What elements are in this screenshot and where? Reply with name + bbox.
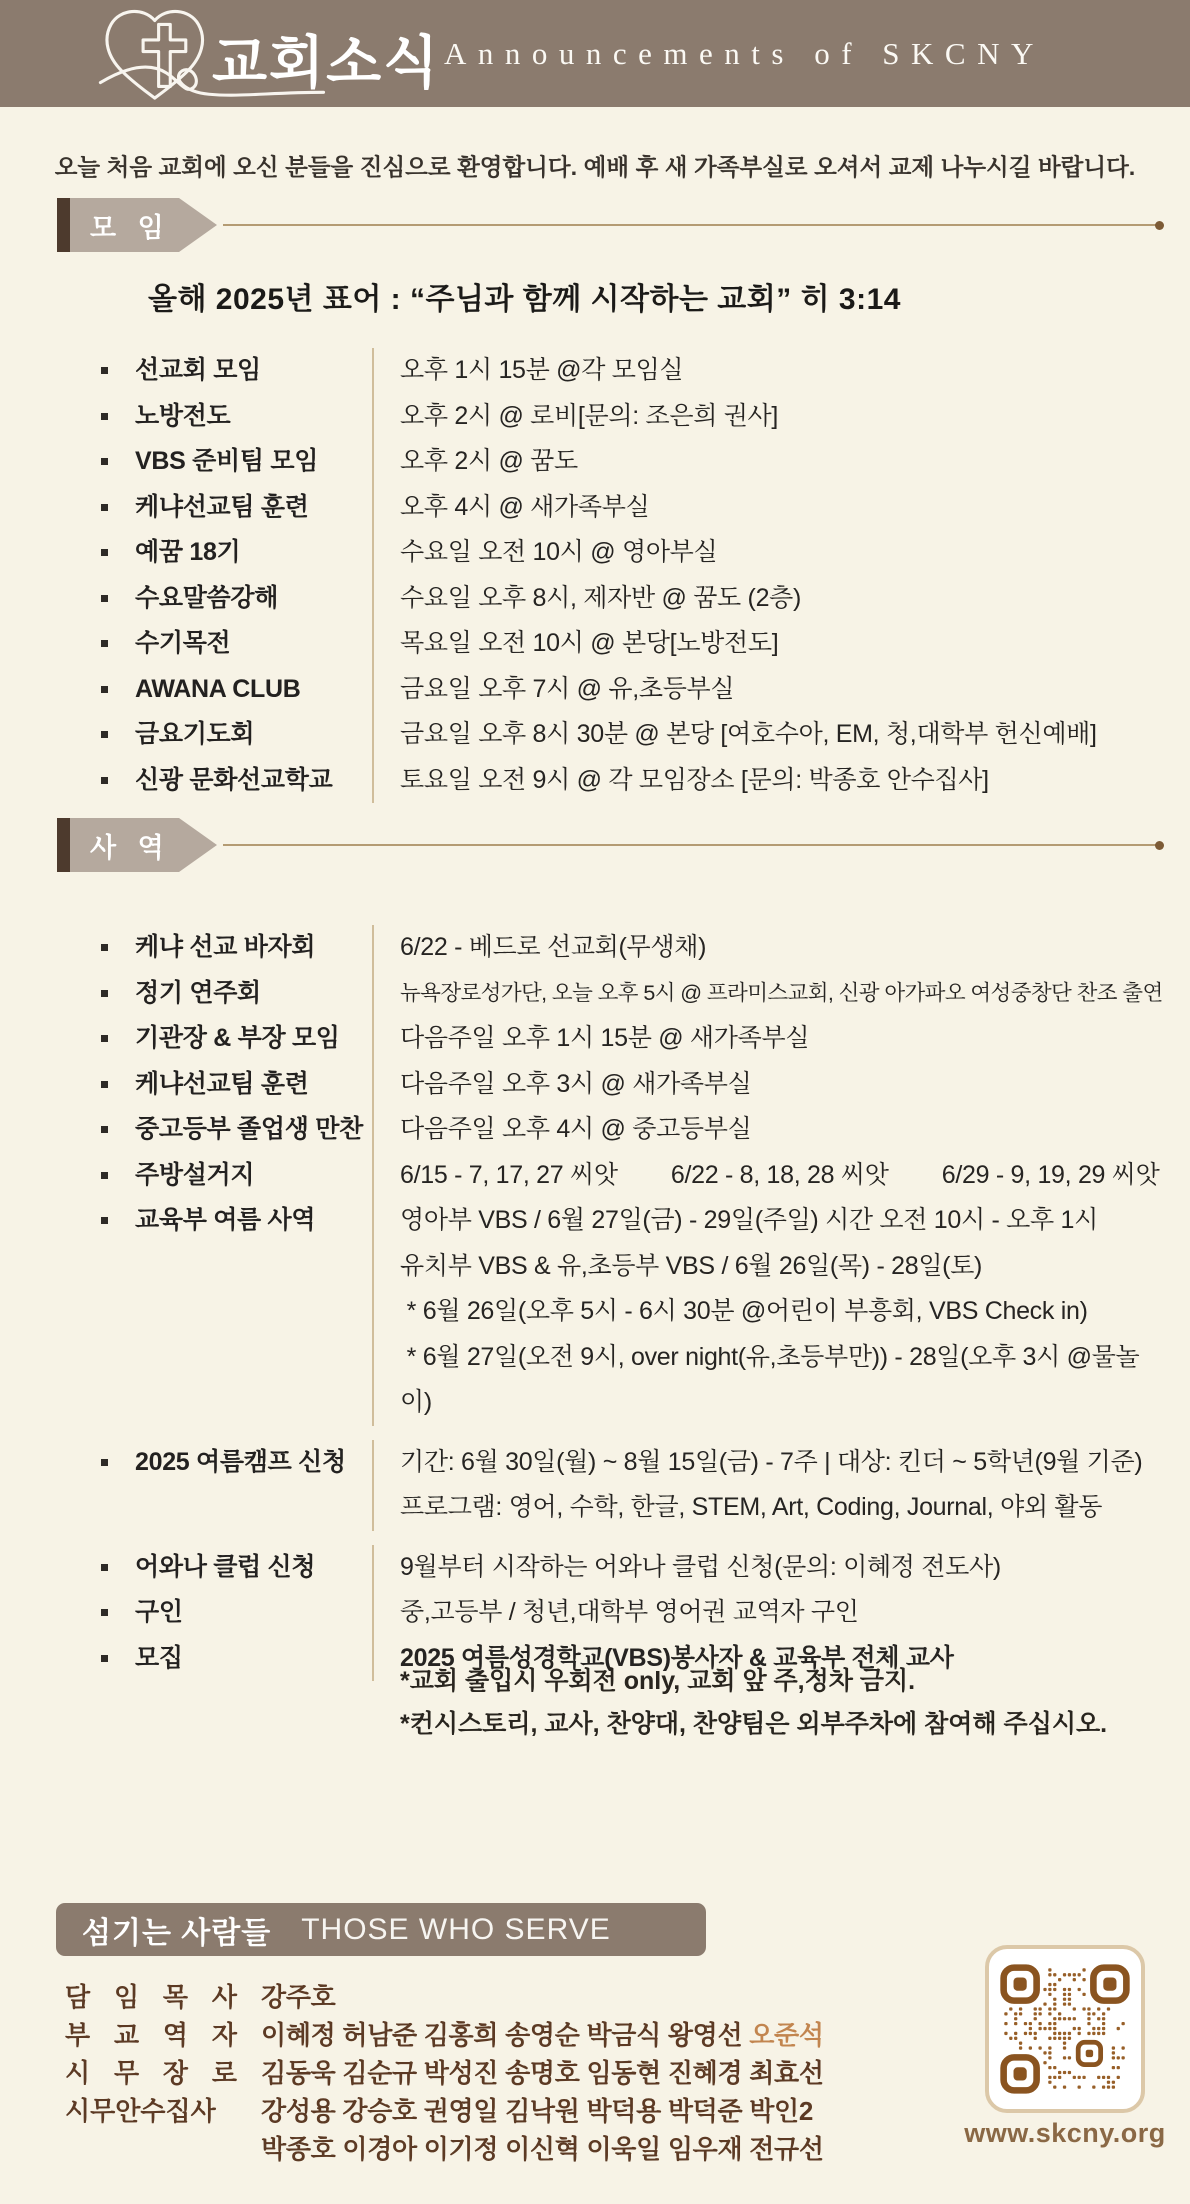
meetings-list: 선교회 모임 오후 1시 15분 @각 모임실 노방전도 오후 2시 @ 로비[… (57, 348, 1162, 803)
item-details: 금요일 오후 8시 30분 @ 본당 [여호수아, EM, 청,대학부 헌신예배… (372, 712, 1162, 758)
serve-names: 강주호 (261, 1978, 335, 2016)
welcome-message: 오늘 처음 교회에 오신 분들을 진심으로 환영합니다. 예배 후 새 가족부실… (0, 148, 1190, 182)
bulletin-title-english: Announcements of SKCNY (444, 36, 1045, 72)
serve-role: 부 교 역 자 (65, 2016, 237, 2054)
item-label: 2025 여름캠프 신청 (57, 1440, 372, 1531)
tag-arrow-point (179, 818, 217, 872)
item-details: 오후 2시 @ 꿈도 (372, 439, 1162, 485)
serve-title-korean: 섬기는 사람들 (82, 1908, 271, 1952)
item-label: 구인 (57, 1590, 372, 1636)
bulletin-title-korean: 교회소식 (212, 17, 440, 99)
ministry-list: 케냐 선교 바자회 6/22 - 베드로 선교회(무생채) 정기 연주회 뉴욕장… (57, 925, 1167, 1681)
item-details: 수요일 오전 10시 @ 영아부실 (372, 530, 1162, 576)
serve-role: 담 임 목 사 (65, 1978, 237, 2016)
item-label: 중고등부 졸업생 만찬 (57, 1107, 372, 1153)
section-header-ministry: 사 역 (57, 818, 1162, 872)
item-label: 케냐선교팀 훈련 (57, 1062, 372, 1108)
item-details: 영아부 VBS / 6월 27일(금) - 29일(주일) 시간 오전 10시 … (372, 1198, 1167, 1426)
list-item: 케냐선교팀 훈련 오후 4시 @ 새가족부실 (57, 485, 1162, 531)
note-line: *교회 출입시 우회전 only, 교회 앞 주,정차 금지. (400, 1660, 1107, 1703)
item-label: AWANA CLUB (57, 667, 372, 713)
item-details: 토요일 오전 9시 @ 각 모임장소 [문의: 박종호 안수집사] (372, 758, 1162, 804)
list-item: 신광 문화선교학교 토요일 오전 9시 @ 각 모임장소 [문의: 박종호 안수… (57, 758, 1162, 804)
item-details: 중,고등부 / 청년,대학부 영어권 교역자 구인 (372, 1590, 1167, 1636)
note-line: *컨시스토리, 교사, 찬양대, 찬양팀은 외부주차에 참여해 주십시오. (400, 1703, 1107, 1746)
section-tag-label: 모 임 (70, 198, 179, 252)
item-label: 노방전도 (57, 394, 372, 440)
list-item: 선교회 모임 오후 1시 15분 @각 모임실 (57, 348, 1162, 394)
list-item: 예꿈 18기 수요일 오전 10시 @ 영아부실 (57, 530, 1162, 576)
item-details: 목요일 오전 10시 @ 본당[노방전도] (372, 621, 1162, 667)
item-details: 금요일 오후 7시 @ 유,초등부실 (372, 667, 1162, 713)
item-details: 뉴욕장로성가단, 오늘 오후 5시 @ 프라미스교회, 신광 아가파오 여성중창… (372, 971, 1167, 1017)
list-item: 수요말씀강해 수요일 오후 8시, 제자반 @ 꿈도 (2층) (57, 576, 1162, 622)
year-motto: 올해 2025년 표어 : “주님과 함께 시작하는 교회” 히 3:14 (148, 274, 901, 318)
serve-roster: 담 임 목 사 강주호 부 교 역 자 이혜정 허남준 김홍희 송영순 박금식 … (65, 1978, 824, 2168)
list-item: 금요기도회 금요일 오후 8시 30분 @ 본당 [여호수아, EM, 청,대학… (57, 712, 1162, 758)
list-item: 구인 중,고등부 / 청년,대학부 영어권 교역자 구인 (57, 1590, 1167, 1636)
item-details: 다음주일 오후 1시 15분 @ 새가족부실 (372, 1016, 1167, 1062)
item-label: 케냐선교팀 훈련 (57, 485, 372, 531)
serve-names: 김동욱 김순규 박성진 송명호 임동현 진혜경 최효선 (261, 2054, 824, 2092)
serve-names: 강성용 강승호 권영일 김낙원 박덕용 박덕준 박인2박종호 이경아 이기정 이… (261, 2092, 824, 2168)
tag-bar (57, 818, 70, 872)
qr-code-icon (985, 1945, 1145, 2113)
item-label: 금요기도회 (57, 712, 372, 758)
list-item: 정기 연주회 뉴욕장로성가단, 오늘 오후 5시 @ 프라미스교회, 신광 아가… (57, 971, 1167, 1017)
serve-names: 이혜정 허남준 김홍희 송영순 박금식 왕영선 오준석 (261, 2016, 824, 2054)
item-label: 기관장 & 부장 모임 (57, 1016, 372, 1062)
item-label: 정기 연주회 (57, 971, 372, 1017)
list-item: 케냐선교팀 훈련 다음주일 오후 3시 @ 새가족부실 (57, 1062, 1167, 1108)
item-label: 어와나 클럽 신청 (57, 1545, 372, 1591)
section-rule-line (223, 224, 1162, 226)
item-label: 신광 문화선교학교 (57, 758, 372, 804)
item-details: 다음주일 오후 4시 @ 중고등부실 (372, 1107, 1167, 1153)
section-tag: 모 임 (57, 198, 217, 252)
tag-arrow-point (179, 198, 217, 252)
list-item: 노방전도 오후 2시 @ 로비[문의: 조은희 권사] (57, 394, 1162, 440)
serve-row: 부 교 역 자 이혜정 허남준 김홍희 송영순 박금식 왕영선 오준석 (65, 2016, 824, 2054)
item-details: 다음주일 오후 3시 @ 새가족부실 (372, 1062, 1167, 1108)
section-header-meetings: 모 임 (57, 198, 1162, 252)
item-details: 오후 2시 @ 로비[문의: 조은희 권사] (372, 394, 1162, 440)
list-item: 기관장 & 부장 모임 다음주일 오후 1시 15분 @ 새가족부실 (57, 1016, 1167, 1062)
item-details: 오후 4시 @ 새가족부실 (372, 485, 1162, 531)
section-tag: 사 역 (57, 818, 217, 872)
item-details: 수요일 오후 8시, 제자반 @ 꿈도 (2층) (372, 576, 1162, 622)
list-item: 케냐 선교 바자회 6/22 - 베드로 선교회(무생채) (57, 925, 1167, 971)
serve-role: 시무안수집사 (65, 2092, 237, 2168)
list-item: AWANA CLUB 금요일 오후 7시 @ 유,초등부실 (57, 667, 1162, 713)
section-tag-label: 사 역 (70, 818, 179, 872)
serve-role: 시 무 장 로 (65, 2054, 237, 2092)
item-label: 수기목전 (57, 621, 372, 667)
item-label: 교육부 여름 사역 (57, 1198, 372, 1426)
header-banner: 교회소식 Announcements of SKCNY (0, 0, 1190, 107)
item-details: 6/15 - 7, 17, 27 씨앗 6/22 - 8, 18, 28 씨앗 … (372, 1153, 1167, 1199)
item-label: 예꿈 18기 (57, 530, 372, 576)
tag-bar (57, 198, 70, 252)
item-details: 6/22 - 베드로 선교회(무생채) (372, 925, 1167, 971)
list-item: 2025 여름캠프 신청 기간: 6월 30일(월) ~ 8월 15일(금) -… (57, 1440, 1167, 1531)
item-label: 케냐 선교 바자회 (57, 925, 372, 971)
parking-notes: *교회 출입시 우회전 only, 교회 앞 주,정차 금지. *컨시스토리, … (400, 1660, 1107, 1746)
item-details: 9월부터 시작하는 어와나 클럽 신청(문의: 이혜정 전도사) (372, 1545, 1167, 1591)
serve-title-english: THOSE WHO SERVE (301, 1913, 611, 1947)
item-label: 주방설거지 (57, 1153, 372, 1199)
serve-row: 시 무 장 로 김동욱 김순규 박성진 송명호 임동현 진혜경 최효선 (65, 2054, 824, 2092)
serve-row: 담 임 목 사 강주호 (65, 1978, 824, 2016)
serve-section-banner: 섬기는 사람들 THOSE WHO SERVE (56, 1903, 706, 1956)
section-rule-line (223, 844, 1162, 846)
item-label: 선교회 모임 (57, 348, 372, 394)
item-label: 모집 (57, 1636, 372, 1682)
item-label: VBS 준비팀 모임 (57, 439, 372, 485)
website-url: www.skcny.org (950, 2118, 1180, 2149)
serve-row: 시무안수집사 강성용 강승호 권영일 김낙원 박덕용 박덕준 박인2박종호 이경… (65, 2092, 824, 2168)
list-item: 어와나 클럽 신청 9월부터 시작하는 어와나 클럽 신청(문의: 이혜정 전도… (57, 1545, 1167, 1591)
list-item: 중고등부 졸업생 만찬 다음주일 오후 4시 @ 중고등부실 (57, 1107, 1167, 1153)
list-item: 수기목전 목요일 오전 10시 @ 본당[노방전도] (57, 621, 1162, 667)
item-details: 기간: 6월 30일(월) ~ 8월 15일(금) - 7주 | 대상: 킨더 … (372, 1440, 1167, 1531)
list-item: 주방설거지 6/15 - 7, 17, 27 씨앗 6/22 - 8, 18, … (57, 1153, 1167, 1199)
item-label: 수요말씀강해 (57, 576, 372, 622)
church-bulletin-page: 교회소식 Announcements of SKCNY 오늘 처음 교회에 오신… (0, 0, 1190, 2204)
item-details: 오후 1시 15분 @각 모임실 (372, 348, 1162, 394)
list-item: VBS 준비팀 모임 오후 2시 @ 꿈도 (57, 439, 1162, 485)
list-item: 교육부 여름 사역 영아부 VBS / 6월 27일(금) - 29일(주일) … (57, 1198, 1167, 1426)
